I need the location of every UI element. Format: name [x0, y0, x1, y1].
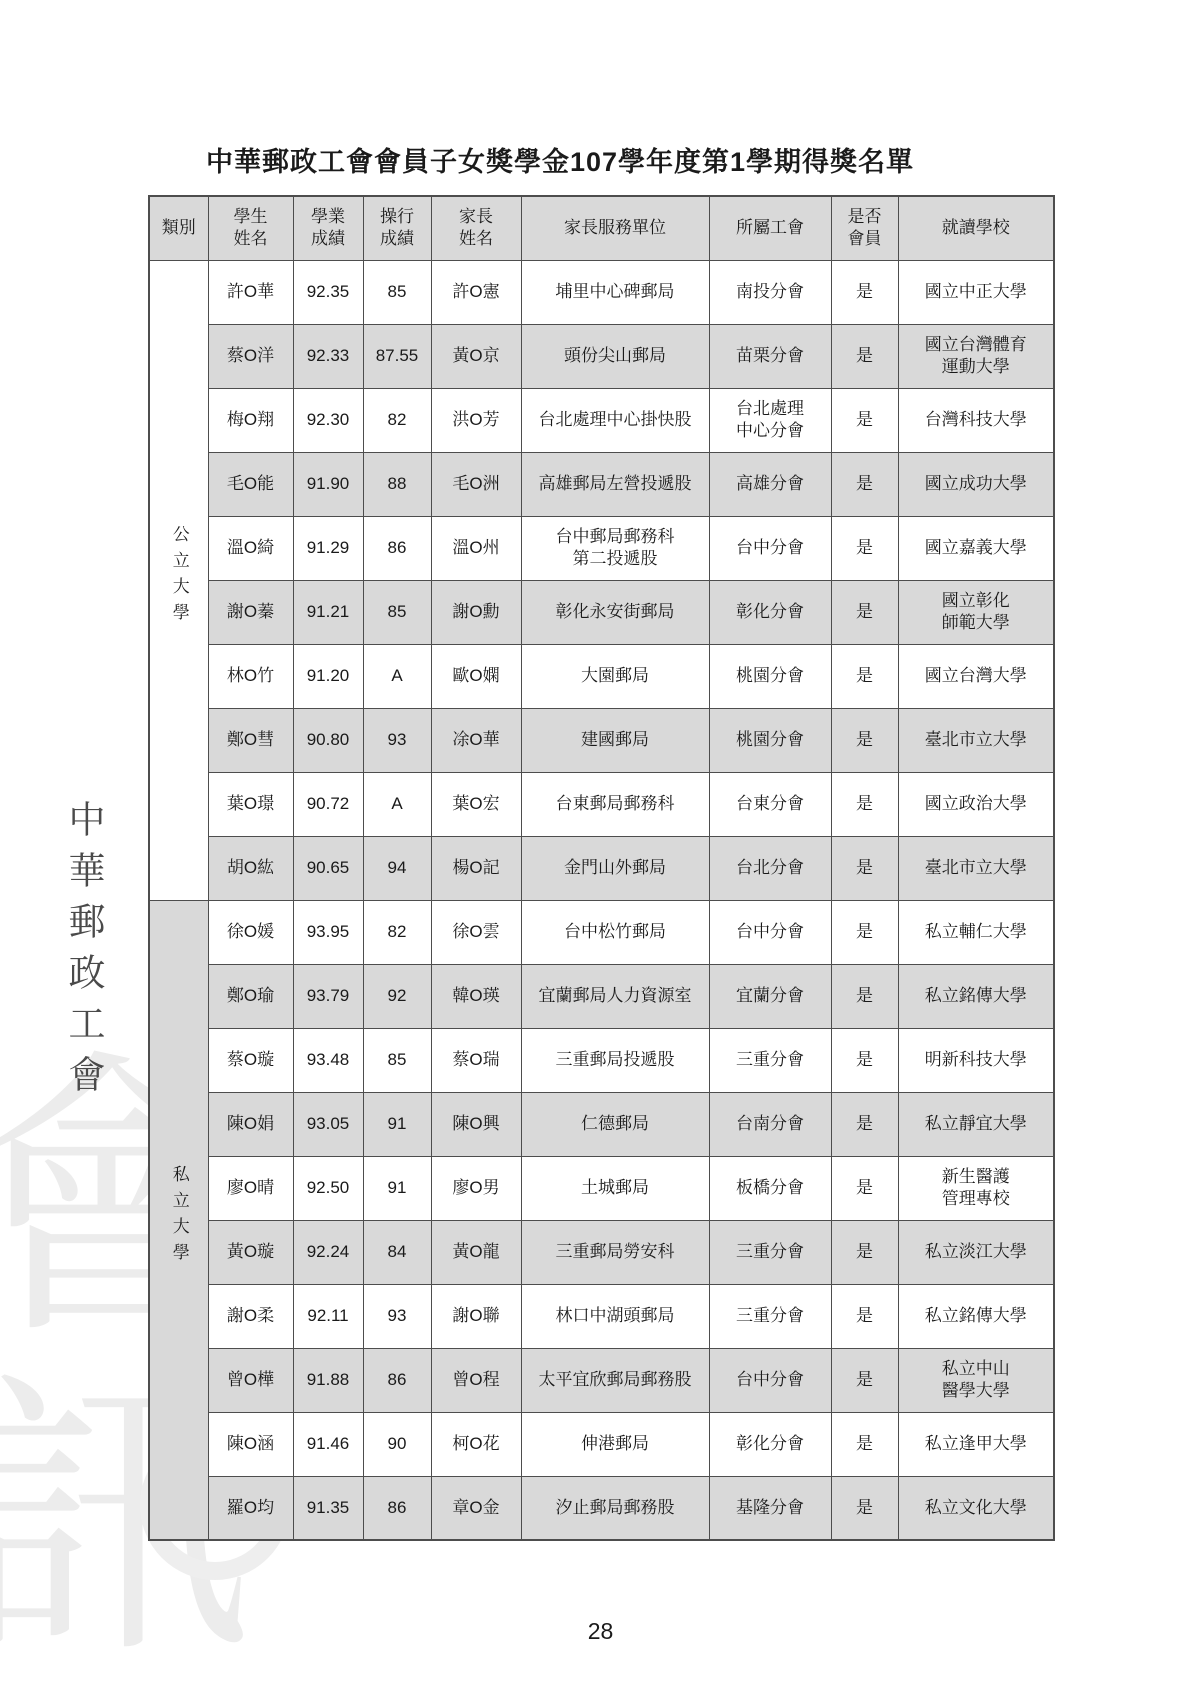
cell-conduct-score: 85	[363, 1028, 431, 1092]
cell-school: 私立文化大學	[898, 1476, 1054, 1540]
cell-union-branch: 台中分會	[709, 1348, 831, 1412]
cell-conduct-score: 93	[363, 1284, 431, 1348]
table-row: 羅O均 91.35 86 章O金 汐止郵局郵務股 基隆分會 是 私立文化大學	[149, 1476, 1054, 1540]
cell-union-branch: 苗栗分會	[709, 324, 831, 388]
cell-school: 新生醫護 管理專校	[898, 1156, 1054, 1220]
cell-school: 台灣科技大學	[898, 388, 1054, 452]
cell-school: 私立淡江大學	[898, 1220, 1054, 1284]
cell-school: 國立台灣大學	[898, 644, 1054, 708]
table-row: 曾O樺 91.88 86 曾O程 太平宜欣郵局郵務股 台中分會 是 私立中山 醫…	[149, 1348, 1054, 1412]
table-row: 蔡O洋 92.33 87.55 黃O京 頭份尖山郵局 苗栗分會 是 國立台灣體育…	[149, 324, 1054, 388]
cell-school: 私立逢甲大學	[898, 1412, 1054, 1476]
cell-service-unit: 三重郵局勞安科	[521, 1220, 709, 1284]
cell-service-unit: 台東郵局郵務科	[521, 772, 709, 836]
cell-student-name: 胡O紘	[208, 836, 293, 900]
cell-conduct-score: A	[363, 644, 431, 708]
cell-service-unit: 三重郵局投遞股	[521, 1028, 709, 1092]
cell-academic-score: 91.35	[293, 1476, 363, 1540]
cell-school: 臺北市立大學	[898, 708, 1054, 772]
cell-parent-name: 楊O記	[431, 836, 521, 900]
cell-conduct-score: 93	[363, 708, 431, 772]
cell-conduct-score: 88	[363, 452, 431, 516]
cell-academic-score: 93.05	[293, 1092, 363, 1156]
cell-parent-name: 柯O花	[431, 1412, 521, 1476]
cell-school: 國立中正大學	[898, 260, 1054, 324]
cell-service-unit: 台北處理中心掛快股	[521, 388, 709, 452]
table-row: 謝O柔 92.11 93 謝O聯 林口中湖頭郵局 三重分會 是 私立銘傳大學	[149, 1284, 1054, 1348]
page-title: 中華郵政工會會員子女獎學金107學年度第1學期得獎名單	[120, 140, 1000, 179]
cell-school: 私立銘傳大學	[898, 964, 1054, 1028]
cell-member-status: 是	[831, 1220, 898, 1284]
sidebar-vertical-text: 中華郵政工會	[56, 800, 110, 1106]
cell-academic-score: 92.24	[293, 1220, 363, 1284]
cell-union-branch: 台中分會	[709, 900, 831, 964]
cell-academic-score: 92.30	[293, 388, 363, 452]
cell-academic-score: 91.90	[293, 452, 363, 516]
cell-school: 國立成功大學	[898, 452, 1054, 516]
cell-union-branch: 台北處理 中心分會	[709, 388, 831, 452]
cell-union-branch: 三重分會	[709, 1220, 831, 1284]
cell-parent-name: 葉O宏	[431, 772, 521, 836]
cell-parent-name: 曾O程	[431, 1348, 521, 1412]
cell-parent-name: 蔡O瑞	[431, 1028, 521, 1092]
cell-service-unit: 汐止郵局郵務股	[521, 1476, 709, 1540]
cell-school: 私立輔仁大學	[898, 900, 1054, 964]
cell-conduct-score: 90	[363, 1412, 431, 1476]
cell-parent-name: 毛O洲	[431, 452, 521, 516]
table-row: 毛O能 91.90 88 毛O洲 高雄郵局左營投遞股 高雄分會 是 國立成功大學	[149, 452, 1054, 516]
header-conduct-score: 操行 成績	[363, 196, 431, 260]
cell-member-status: 是	[831, 516, 898, 580]
cell-union-branch: 台東分會	[709, 772, 831, 836]
header-union-branch: 所屬工會	[709, 196, 831, 260]
cell-parent-name: 廖O男	[431, 1156, 521, 1220]
table-row: 林O竹 91.20 A 歐O嫻 大園郵局 桃園分會 是 國立台灣大學	[149, 644, 1054, 708]
cell-service-unit: 埔里中心碑郵局	[521, 260, 709, 324]
cell-student-name: 羅O均	[208, 1476, 293, 1540]
cell-school: 私立中山 醫學大學	[898, 1348, 1054, 1412]
header-category: 類別	[149, 196, 208, 260]
cell-union-branch: 台南分會	[709, 1092, 831, 1156]
cell-academic-score: 93.48	[293, 1028, 363, 1092]
cell-school: 明新科技大學	[898, 1028, 1054, 1092]
cell-conduct-score: 86	[363, 1348, 431, 1412]
cell-service-unit: 台中松竹郵局	[521, 900, 709, 964]
cell-service-unit: 仁德郵局	[521, 1092, 709, 1156]
cell-member-status: 是	[831, 324, 898, 388]
cell-conduct-score: 86	[363, 1476, 431, 1540]
header-student-name: 學生 姓名	[208, 196, 293, 260]
cell-member-status: 是	[831, 260, 898, 324]
cell-conduct-score: 87.55	[363, 324, 431, 388]
cell-academic-score: 91.88	[293, 1348, 363, 1412]
cell-student-name: 鄭O彗	[208, 708, 293, 772]
cell-service-unit: 建國郵局	[521, 708, 709, 772]
table-row: 溫O綺 91.29 86 溫O州 台中郵局郵務科 第二投遞股 台中分會 是 國立…	[149, 516, 1054, 580]
table-row: 公立大學 許O華 92.35 85 許O憲 埔里中心碑郵局 南投分會 是 國立中…	[149, 260, 1054, 324]
cell-parent-name: 許O憲	[431, 260, 521, 324]
cell-union-branch: 高雄分會	[709, 452, 831, 516]
cell-service-unit: 高雄郵局左營投遞股	[521, 452, 709, 516]
table-row: 梅O翔 92.30 82 洪O芳 台北處理中心掛快股 台北處理 中心分會 是 台…	[149, 388, 1054, 452]
cell-parent-name: 歐O嫻	[431, 644, 521, 708]
cell-student-name: 鄭O瑜	[208, 964, 293, 1028]
cell-school: 國立嘉義大學	[898, 516, 1054, 580]
cell-service-unit: 台中郵局郵務科 第二投遞股	[521, 516, 709, 580]
cell-union-branch: 桃園分會	[709, 708, 831, 772]
cell-student-name: 溫O綺	[208, 516, 293, 580]
cell-member-status: 是	[831, 1092, 898, 1156]
category-vertical-label: 私立大學	[168, 1165, 190, 1269]
cell-conduct-score: 85	[363, 260, 431, 324]
cell-conduct-score: 92	[363, 964, 431, 1028]
cell-student-name: 廖O晴	[208, 1156, 293, 1220]
cell-student-name: 蔡O璇	[208, 1028, 293, 1092]
cell-member-status: 是	[831, 1284, 898, 1348]
table-row: 胡O紘 90.65 94 楊O記 金門山外郵局 台北分會 是 臺北市立大學	[149, 836, 1054, 900]
cell-member-status: 是	[831, 1156, 898, 1220]
cell-service-unit: 宜蘭郵局人力資源室	[521, 964, 709, 1028]
cell-student-name: 毛O能	[208, 452, 293, 516]
cell-student-name: 曾O樺	[208, 1348, 293, 1412]
cell-academic-score: 93.79	[293, 964, 363, 1028]
table-row: 葉O璟 90.72 A 葉O宏 台東郵局郵務科 台東分會 是 國立政治大學	[149, 772, 1054, 836]
table-row: 私立大學 徐O媛 93.95 82 徐O雲 台中松竹郵局 台中分會 是 私立輔仁…	[149, 900, 1054, 964]
cell-member-status: 是	[831, 644, 898, 708]
cell-service-unit: 大園郵局	[521, 644, 709, 708]
cell-member-status: 是	[831, 708, 898, 772]
table-header-row: 類別 學生 姓名 學業 成績 操行 成績 家長 姓名 家長服務單位 所屬工會 是…	[149, 196, 1054, 260]
cell-parent-name: 陳O興	[431, 1092, 521, 1156]
cell-school: 臺北市立大學	[898, 836, 1054, 900]
cell-conduct-score: 82	[363, 900, 431, 964]
cell-academic-score: 91.29	[293, 516, 363, 580]
cell-student-name: 林O竹	[208, 644, 293, 708]
cell-academic-score: 92.50	[293, 1156, 363, 1220]
cell-union-branch: 板橋分會	[709, 1156, 831, 1220]
cell-member-status: 是	[831, 1028, 898, 1092]
cell-union-branch: 三重分會	[709, 1284, 831, 1348]
cell-student-name: 黃O璇	[208, 1220, 293, 1284]
cell-conduct-score: 84	[363, 1220, 431, 1284]
category-cell: 私立大學	[149, 900, 208, 1540]
cell-member-status: 是	[831, 836, 898, 900]
cell-student-name: 謝O蓁	[208, 580, 293, 644]
award-winners-table: 類別 學生 姓名 學業 成績 操行 成績 家長 姓名 家長服務單位 所屬工會 是…	[148, 195, 1055, 1541]
cell-conduct-score: A	[363, 772, 431, 836]
cell-union-branch: 台北分會	[709, 836, 831, 900]
cell-school: 國立台灣體育 運動大學	[898, 324, 1054, 388]
cell-parent-name: 韓O瑛	[431, 964, 521, 1028]
cell-academic-score: 92.35	[293, 260, 363, 324]
cell-member-status: 是	[831, 580, 898, 644]
cell-parent-name: 黃O龍	[431, 1220, 521, 1284]
cell-parent-name: 洪O芳	[431, 388, 521, 452]
cell-member-status: 是	[831, 772, 898, 836]
cell-union-branch: 南投分會	[709, 260, 831, 324]
table-row: 蔡O璇 93.48 85 蔡O瑞 三重郵局投遞股 三重分會 是 明新科技大學	[149, 1028, 1054, 1092]
header-member-status: 是否 會員	[831, 196, 898, 260]
cell-service-unit: 頭份尖山郵局	[521, 324, 709, 388]
cell-member-status: 是	[831, 452, 898, 516]
table-row: 陳O娟 93.05 91 陳O興 仁德郵局 台南分會 是 私立靜宜大學	[149, 1092, 1054, 1156]
cell-union-branch: 桃園分會	[709, 644, 831, 708]
cell-service-unit: 太平宜欣郵局郵務股	[521, 1348, 709, 1412]
cell-member-status: 是	[831, 1412, 898, 1476]
cell-service-unit: 彰化永安街郵局	[521, 580, 709, 644]
cell-member-status: 是	[831, 388, 898, 452]
cell-student-name: 梅O翔	[208, 388, 293, 452]
cell-school: 國立政治大學	[898, 772, 1054, 836]
cell-student-name: 許O華	[208, 260, 293, 324]
cell-member-status: 是	[831, 1476, 898, 1540]
cell-academic-score: 90.65	[293, 836, 363, 900]
cell-parent-name: 謝O聯	[431, 1284, 521, 1348]
cell-school: 國立彰化 師範大學	[898, 580, 1054, 644]
cell-member-status: 是	[831, 900, 898, 964]
table-row: 謝O蓁 91.21 85 謝O勳 彰化永安街郵局 彰化分會 是 國立彰化 師範大…	[149, 580, 1054, 644]
cell-union-branch: 彰化分會	[709, 1412, 831, 1476]
cell-academic-score: 90.72	[293, 772, 363, 836]
cell-academic-score: 93.95	[293, 900, 363, 964]
cell-conduct-score: 94	[363, 836, 431, 900]
table-row: 黃O璇 92.24 84 黃O龍 三重郵局勞安科 三重分會 是 私立淡江大學	[149, 1220, 1054, 1284]
cell-student-name: 葉O璟	[208, 772, 293, 836]
cell-service-unit: 林口中湖頭郵局	[521, 1284, 709, 1348]
cell-member-status: 是	[831, 1348, 898, 1412]
cell-student-name: 陳O娟	[208, 1092, 293, 1156]
cell-union-branch: 基隆分會	[709, 1476, 831, 1540]
page-number: 28	[148, 1618, 1053, 1645]
cell-parent-name: 謝O勳	[431, 580, 521, 644]
cell-academic-score: 92.11	[293, 1284, 363, 1348]
table-row: 陳O涵 91.46 90 柯O花 伸港郵局 彰化分會 是 私立逢甲大學	[149, 1412, 1054, 1476]
cell-conduct-score: 85	[363, 580, 431, 644]
cell-parent-name: 徐O雲	[431, 900, 521, 964]
cell-academic-score: 91.46	[293, 1412, 363, 1476]
cell-academic-score: 92.33	[293, 324, 363, 388]
cell-union-branch: 彰化分會	[709, 580, 831, 644]
header-service-unit: 家長服務單位	[521, 196, 709, 260]
cell-school: 私立靜宜大學	[898, 1092, 1054, 1156]
cell-conduct-score: 82	[363, 388, 431, 452]
cell-student-name: 謝O柔	[208, 1284, 293, 1348]
cell-school: 私立銘傳大學	[898, 1284, 1054, 1348]
cell-member-status: 是	[831, 964, 898, 1028]
category-vertical-label: 公立大學	[168, 525, 190, 629]
category-cell: 公立大學	[149, 260, 208, 900]
header-parent-name: 家長 姓名	[431, 196, 521, 260]
cell-parent-name: 章O金	[431, 1476, 521, 1540]
cell-student-name: 陳O涵	[208, 1412, 293, 1476]
table-row: 鄭O彗 90.80 93 凃O華 建國郵局 桃園分會 是 臺北市立大學	[149, 708, 1054, 772]
cell-conduct-score: 91	[363, 1156, 431, 1220]
table-row: 廖O晴 92.50 91 廖O男 土城郵局 板橋分會 是 新生醫護 管理專校	[149, 1156, 1054, 1220]
cell-academic-score: 91.21	[293, 580, 363, 644]
cell-service-unit: 土城郵局	[521, 1156, 709, 1220]
cell-student-name: 徐O媛	[208, 900, 293, 964]
cell-student-name: 蔡O洋	[208, 324, 293, 388]
cell-academic-score: 91.20	[293, 644, 363, 708]
document-page: 會訊 中華郵政工會 中華郵政工會會員子女獎學金107學年度第1學期得獎名單 類別…	[0, 0, 1200, 1697]
cell-parent-name: 凃O華	[431, 708, 521, 772]
cell-service-unit: 伸港郵局	[521, 1412, 709, 1476]
table-row: 鄭O瑜 93.79 92 韓O瑛 宜蘭郵局人力資源室 宜蘭分會 是 私立銘傳大學	[149, 964, 1054, 1028]
cell-union-branch: 宜蘭分會	[709, 964, 831, 1028]
cell-service-unit: 金門山外郵局	[521, 836, 709, 900]
cell-union-branch: 三重分會	[709, 1028, 831, 1092]
cell-academic-score: 90.80	[293, 708, 363, 772]
cell-parent-name: 黃O京	[431, 324, 521, 388]
cell-conduct-score: 86	[363, 516, 431, 580]
table-body: 公立大學 許O華 92.35 85 許O憲 埔里中心碑郵局 南投分會 是 國立中…	[149, 260, 1054, 1540]
header-school: 就讀學校	[898, 196, 1054, 260]
cell-parent-name: 溫O州	[431, 516, 521, 580]
cell-union-branch: 台中分會	[709, 516, 831, 580]
header-academic-score: 學業 成績	[293, 196, 363, 260]
cell-conduct-score: 91	[363, 1092, 431, 1156]
